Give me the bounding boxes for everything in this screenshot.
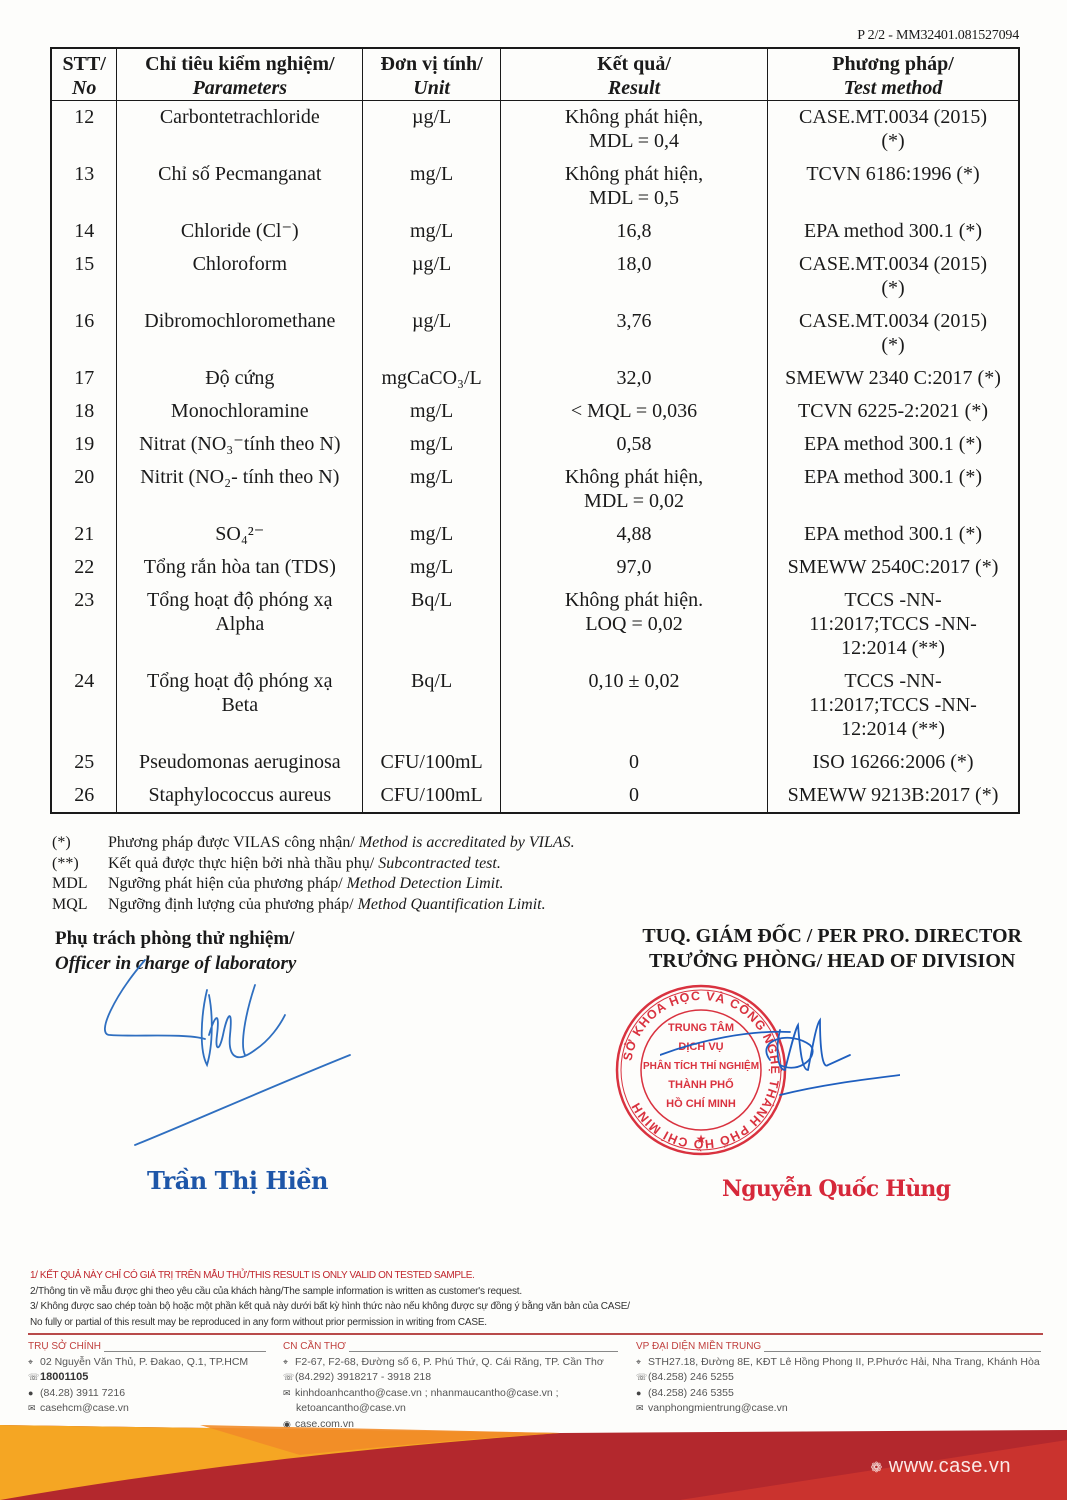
officer-title-vi: Phụ trách phòng thử nghiệm/ bbox=[55, 926, 296, 951]
office-address: STH27.18, Đường 8E, KĐT Lê Hồng Phong II… bbox=[648, 1356, 1040, 1368]
cell-unit: mg/L bbox=[363, 428, 501, 461]
header-no: STT/No bbox=[51, 48, 117, 101]
cell-unit: Bq/L bbox=[363, 584, 501, 665]
table-row: 19Nitrat (NO₃⁻tính theo N)mg/L0,58EPA me… bbox=[51, 428, 1019, 461]
cell-parameter: Độ cứng bbox=[117, 362, 363, 395]
office-title: VP ĐẠI DIỆN MIỀN TRUNG bbox=[636, 1339, 761, 1355]
cell-result: 0,10 ± 0,02 bbox=[501, 665, 768, 746]
office-email[interactable]: vanphongmientrung@case.vn bbox=[648, 1402, 788, 1414]
note-item: (**) Kết quả được thực hiện bởi nhà thầu… bbox=[52, 854, 575, 875]
cell-method: CASE.MT.0034 (2015)(*) bbox=[768, 305, 1019, 362]
note-text-en: Method Detection Limit. bbox=[347, 875, 504, 892]
phone-icon: ☏ bbox=[283, 1370, 295, 1386]
cell-no: 12 bbox=[51, 101, 117, 159]
cell-no: 14 bbox=[51, 215, 117, 248]
cell-method: SMEWW 2340 C:2017 (*) bbox=[768, 362, 1019, 395]
office-fax: (84.258) 246 5355 bbox=[648, 1387, 734, 1399]
office-can-tho: CN CẦN THƠ ⌖F2-67, F2-68, Đường số 6, P.… bbox=[283, 1339, 618, 1432]
header-result: Kết quả/Result bbox=[501, 48, 768, 101]
cell-no: 23 bbox=[51, 584, 117, 665]
cell-parameter: Dibromochloromethane bbox=[117, 305, 363, 362]
note-item: (*)Phương pháp được VILAS công nhận/ Met… bbox=[52, 833, 575, 854]
table-row: 21SO₄²⁻mg/L4,88EPA method 300.1 (*) bbox=[51, 518, 1019, 551]
note-text-en: Method is accreditated by VILAS. bbox=[359, 834, 575, 851]
cell-unit: mg/L bbox=[363, 395, 501, 428]
cell-unit: mg/L bbox=[363, 158, 501, 215]
director-name: Nguyễn Quốc Hùng bbox=[722, 1176, 950, 1202]
cell-unit: mg/L bbox=[363, 215, 501, 248]
cell-no: 26 bbox=[51, 779, 117, 813]
cell-result: Không phát hiện.LOQ = 0,02 bbox=[501, 584, 768, 665]
officer-signature-mark bbox=[95, 955, 355, 1155]
email-icon: ✉ bbox=[28, 1401, 40, 1417]
header-parameters: Chỉ tiêu kiểm nghiệm/Parameters bbox=[117, 48, 363, 101]
legend-notes: (*)Phương pháp được VILAS công nhận/ Met… bbox=[52, 833, 575, 915]
cell-result: Không phát hiện,MDL = 0,5 bbox=[501, 158, 768, 215]
note-text-vi: Ngưỡng phát hiện của phương pháp/ bbox=[108, 875, 347, 892]
cell-unit: mgCaCO₃/L bbox=[363, 362, 501, 395]
office-phone[interactable]: (84.258) 246 5255 bbox=[648, 1371, 734, 1383]
email-icon: ✉ bbox=[283, 1386, 295, 1402]
cell-parameter: Tổng rắn hòa tan (TDS) bbox=[117, 551, 363, 584]
cell-unit: mg/L bbox=[363, 518, 501, 551]
cell-unit: Bq/L bbox=[363, 665, 501, 746]
disclaimer-line-1: 1/ KẾT QUẢ NÀY CHỈ CÓ GIÁ TRỊ TRÊN MẪU T… bbox=[30, 1268, 630, 1284]
cell-parameter: Monochloramine bbox=[117, 395, 363, 428]
disclaimer-line-3: 3/ Không được sao chép toàn bộ hoặc một … bbox=[30, 1299, 630, 1315]
director-signature-mark bbox=[660, 1000, 900, 1110]
cell-parameter: Nitrat (NO₃⁻tính theo N) bbox=[117, 428, 363, 461]
cell-parameter: Chỉ số Pecmanganat bbox=[117, 158, 363, 215]
table-row: 13Chỉ số Pecmanganatmg/LKhông phát hiện,… bbox=[51, 158, 1019, 215]
cell-result: 32,0 bbox=[501, 362, 768, 395]
table-row: 22Tổng rắn hòa tan (TDS)mg/L97,0SMEWW 25… bbox=[51, 551, 1019, 584]
cell-result: 0 bbox=[501, 779, 768, 813]
cell-parameter: Chloride (Cl⁻) bbox=[117, 215, 363, 248]
note-key: MDL bbox=[52, 874, 108, 895]
cell-no: 25 bbox=[51, 746, 117, 779]
cell-parameter: Nitrit (NO₂- tính theo N) bbox=[117, 461, 363, 518]
cell-unit: µg/L bbox=[363, 248, 501, 305]
table-row: 25Pseudomonas aeruginosaCFU/100mL0ISO 16… bbox=[51, 746, 1019, 779]
office-title: CN CẦN THƠ bbox=[283, 1339, 346, 1355]
globe-icon: ❁ bbox=[871, 1459, 883, 1475]
note-text-en: Subcontracted test. bbox=[378, 855, 501, 872]
table-row: 23Tổng hoạt độ phóng xạAlphaBq/LKhông ph… bbox=[51, 584, 1019, 665]
table-row: 18Monochloraminemg/L< MQL = 0,036TCVN 62… bbox=[51, 395, 1019, 428]
phone-icon: ☏ bbox=[636, 1370, 648, 1386]
cell-method: EPA method 300.1 (*) bbox=[768, 518, 1019, 551]
office-fax: (84.28) 3911 7216 bbox=[40, 1387, 125, 1399]
cell-parameter: Tổng hoạt độ phóng xạAlpha bbox=[117, 584, 363, 665]
note-item: MQLNgưỡng định lượng của phương pháp/ Me… bbox=[52, 895, 575, 916]
office-phone[interactable]: (84.292) 3918217 - 3918 218 bbox=[295, 1371, 431, 1383]
cell-result: 0 bbox=[501, 746, 768, 779]
cell-method: EPA method 300.1 (*) bbox=[768, 215, 1019, 248]
cell-result: 3,76 bbox=[501, 305, 768, 362]
cell-no: 22 bbox=[51, 551, 117, 584]
phone-icon: ☏ bbox=[28, 1370, 40, 1386]
location-icon: ⌖ bbox=[636, 1355, 648, 1371]
disclaimer: 1/ KẾT QUẢ NÀY CHỈ CÓ GIÁ TRỊ TRÊN MẪU T… bbox=[30, 1268, 630, 1330]
cell-parameter: Carbontetrachloride bbox=[117, 101, 363, 159]
cell-parameter: Chloroform bbox=[117, 248, 363, 305]
footer-divider bbox=[28, 1333, 1043, 1335]
cell-no: 18 bbox=[51, 395, 117, 428]
note-item: MDLNgưỡng phát hiện của phương pháp/ Met… bbox=[52, 874, 575, 895]
table-header-row: STT/No Chỉ tiêu kiểm nghiệm/Parameters Đ… bbox=[51, 48, 1019, 101]
cell-method: EPA method 300.1 (*) bbox=[768, 461, 1019, 518]
cell-result: < MQL = 0,036 bbox=[501, 395, 768, 428]
director-title-line1: TUQ. GIÁM ĐỐC / PER PRO. DIRECTOR bbox=[642, 924, 1022, 949]
cell-result: 4,88 bbox=[501, 518, 768, 551]
cell-parameter: Tổng hoạt độ phóng xạBeta bbox=[117, 665, 363, 746]
cell-no: 15 bbox=[51, 248, 117, 305]
cell-no: 20 bbox=[51, 461, 117, 518]
cell-method: SMEWW 9213B:2017 (*) bbox=[768, 779, 1019, 813]
office-address: F2-67, F2-68, Đường số 6, P. Phú Thứ, Q.… bbox=[295, 1356, 604, 1368]
table-row: 14Chloride (Cl⁻)mg/L16,8EPA method 300.1… bbox=[51, 215, 1019, 248]
office-email-2[interactable]: ketoancantho@case.vn bbox=[296, 1402, 406, 1414]
director-signature-block: TUQ. GIÁM ĐỐC / PER PRO. DIRECTOR TRƯỞNG… bbox=[642, 924, 1022, 974]
table-row: 12Carbontetrachlorideµg/LKhông phát hiện… bbox=[51, 101, 1019, 159]
table-row: 26Staphylococcus aureusCFU/100mL0SMEWW 9… bbox=[51, 779, 1019, 813]
stamp-star-icon: ★ bbox=[696, 1132, 707, 1146]
office-title: TRỤ SỞ CHÍNH bbox=[28, 1339, 101, 1355]
office-phone[interactable]: 18001105 bbox=[40, 1371, 88, 1383]
cell-no: 13 bbox=[51, 158, 117, 215]
results-table: STT/No Chỉ tiêu kiểm nghiệm/Parameters Đ… bbox=[50, 47, 1020, 814]
location-icon: ⌖ bbox=[28, 1355, 40, 1371]
location-icon: ⌖ bbox=[283, 1355, 295, 1371]
cell-no: 17 bbox=[51, 362, 117, 395]
disclaimer-line-2: 2/Thông tin về mẫu được ghi theo yêu cầu… bbox=[30, 1284, 630, 1300]
note-key: MQL bbox=[52, 895, 108, 916]
cell-no: 24 bbox=[51, 665, 117, 746]
email-icon: ✉ bbox=[636, 1401, 648, 1417]
table-row: 17Độ cứngmgCaCO₃/L32,0SMEWW 2340 C:2017 … bbox=[51, 362, 1019, 395]
fax-icon: ● bbox=[28, 1386, 40, 1402]
cell-no: 21 bbox=[51, 518, 117, 551]
cell-method: TCCS -NN-11:2017;TCCS -NN-12:2014 (**) bbox=[768, 665, 1019, 746]
cell-result: Không phát hiện,MDL = 0,4 bbox=[501, 101, 768, 159]
note-text-vi: Ngưỡng định lượng của phương pháp/ bbox=[108, 896, 358, 913]
note-key: (*) bbox=[52, 833, 108, 854]
table-row: 16Dibromochloromethaneµg/L3,76CASE.MT.00… bbox=[51, 305, 1019, 362]
website-link[interactable]: ❁www.case.vn bbox=[871, 1455, 1011, 1478]
fax-icon: ● bbox=[636, 1386, 648, 1402]
cell-method: CASE.MT.0034 (2015)(*) bbox=[768, 101, 1019, 159]
office-headquarters: TRỤ SỞ CHÍNH ⌖02 Nguyễn Văn Thủ, P. Đaka… bbox=[28, 1339, 266, 1417]
office-address: 02 Nguyễn Văn Thủ, P. Đakao, Q.1, TP.HCM bbox=[40, 1356, 248, 1368]
disclaimer-line-4: No fully or partial of this result may b… bbox=[30, 1315, 630, 1331]
cell-no: 16 bbox=[51, 305, 117, 362]
note-text-vi: Phương pháp được VILAS công nhận/ bbox=[108, 834, 359, 851]
cell-method: EPA method 300.1 (*) bbox=[768, 428, 1019, 461]
cell-unit: µg/L bbox=[363, 101, 501, 159]
cell-result: Không phát hiện,MDL = 0,02 bbox=[501, 461, 768, 518]
cell-method: ISO 16266:2006 (*) bbox=[768, 746, 1019, 779]
header-unit: Đơn vị tính/Unit bbox=[363, 48, 501, 101]
officer-name: Trần Thị Hiền bbox=[147, 1166, 328, 1195]
page-reference: P 2/2 - MM32401.081527094 bbox=[857, 28, 1019, 44]
cell-method: TCVN 6186:1996 (*) bbox=[768, 158, 1019, 215]
cell-parameter: Pseudomonas aeruginosa bbox=[117, 746, 363, 779]
cell-unit: CFU/100mL bbox=[363, 779, 501, 813]
header-test-method: Phương pháp/Test method bbox=[768, 48, 1019, 101]
table-row: 15Chloroformµg/L18,0CASE.MT.0034 (2015)(… bbox=[51, 248, 1019, 305]
note-key: (**) bbox=[52, 854, 108, 875]
cell-unit: CFU/100mL bbox=[363, 746, 501, 779]
cell-unit: µg/L bbox=[363, 305, 501, 362]
director-title-line2: TRƯỞNG PHÒNG/ HEAD OF DIVISION bbox=[642, 949, 1022, 974]
cell-method: TCCS -NN-11:2017;TCCS -NN-12:2014 (**) bbox=[768, 584, 1019, 665]
cell-result: 0,58 bbox=[501, 428, 768, 461]
cell-parameter: Staphylococcus aureus bbox=[117, 779, 363, 813]
table-row: 20Nitrit (NO₂- tính theo N)mg/LKhông phá… bbox=[51, 461, 1019, 518]
table-row: 24Tổng hoạt độ phóng xạBetaBq/L0,10 ± 0,… bbox=[51, 665, 1019, 746]
cell-unit: mg/L bbox=[363, 551, 501, 584]
note-text-en: Method Quantification Limit. bbox=[358, 896, 546, 913]
office-email[interactable]: kinhdoanhcantho@case.vn ; nhanmaucantho@… bbox=[295, 1387, 559, 1399]
cell-method: TCVN 6225-2:2021 (*) bbox=[768, 395, 1019, 428]
office-central: VP ĐẠI DIỆN MIỀN TRUNG ⌖STH27.18, Đường … bbox=[636, 1339, 1041, 1417]
cell-parameter: SO₄²⁻ bbox=[117, 518, 363, 551]
cell-result: 97,0 bbox=[501, 551, 768, 584]
cell-result: 18,0 bbox=[501, 248, 768, 305]
cell-method: CASE.MT.0034 (2015)(*) bbox=[768, 248, 1019, 305]
office-email[interactable]: casehcm@case.vn bbox=[40, 1402, 129, 1414]
cell-result: 16,8 bbox=[501, 215, 768, 248]
cell-no: 19 bbox=[51, 428, 117, 461]
cell-method: SMEWW 2540C:2017 (*) bbox=[768, 551, 1019, 584]
cell-unit: mg/L bbox=[363, 461, 501, 518]
note-text-vi: Kết quả được thực hiện bởi nhà thầu phụ/ bbox=[108, 855, 378, 872]
